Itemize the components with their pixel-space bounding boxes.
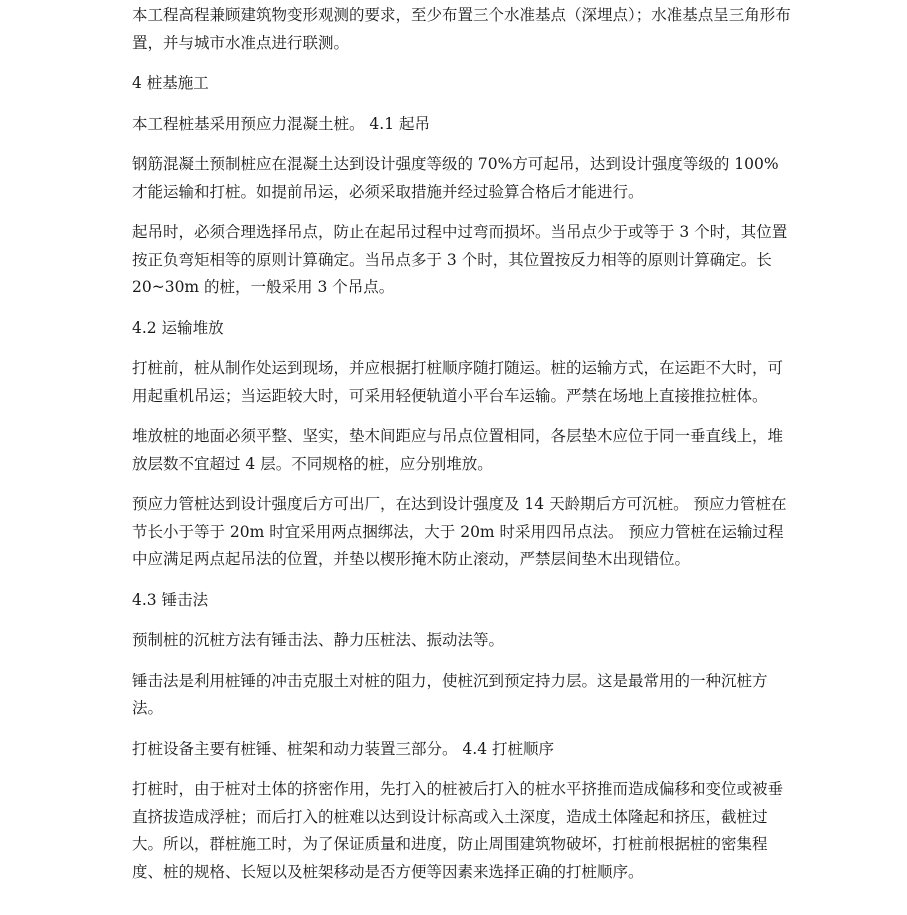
heading-hammer-method: 4.3 锤击法: [132, 587, 792, 615]
paragraph-driving-sequence: 打桩时，由于桩对土体的挤密作用，先打入的桩被后打入的桩水平挤推而造成偏移和变位或…: [132, 776, 792, 886]
paragraph-benchmark: 本工程高程兼顾建筑物变形观测的要求，至少布置三个水准基点（深埋点）；水准基点呈三…: [132, 2, 792, 57]
paragraph-equipment: 打桩设备主要有桩锤、桩架和动力装置三部分。 4.4 打桩顺序: [132, 736, 792, 764]
document-page: 本工程高程兼顾建筑物变形观测的要求，至少布置三个水准基点（深埋点）；水准基点呈三…: [132, 2, 792, 899]
heading-pile-foundation: 4 桩基施工: [132, 70, 792, 98]
paragraph-lifting-points: 起吊时，必须合理选择吊点，防止在起吊过程中过弯而损坏。当吊点少于或等于 3 个时…: [132, 219, 792, 302]
paragraph-sinking-methods: 预制桩的沉桩方法有锤击法、静力压桩法、振动法等。: [132, 627, 792, 655]
paragraph-prestressed-pipe-pile: 预应力管桩达到设计强度后方可出厂，在达到设计强度及 14 天龄期后方可沉桩。 预…: [132, 491, 792, 574]
paragraph-pile-type: 本工程桩基采用预应力混凝土桩。 4.1 起吊: [132, 111, 792, 139]
paragraph-transport: 打桩前，桩从制作处运到现场，并应根据打桩顺序随打随运。桩的运输方式，在运距不大时…: [132, 355, 792, 410]
paragraph-stacking: 堆放桩的地面必须平整、坚实，垫木间距应与吊点位置相同，各层垫木应位于同一垂直线上…: [132, 423, 792, 478]
heading-transport-stacking: 4.2 运输堆放: [132, 315, 792, 343]
paragraph-hammer-description: 锤击法是利用桩锤的冲击克服土对桩的阻力，使桩沉到预定持力层。这是最常用的一种沉桩…: [132, 668, 792, 723]
paragraph-lifting-strength: 钢筋混凝土预制桩应在混凝土达到设计强度等级的 70%方可起吊，达到设计强度等级的…: [132, 151, 792, 206]
